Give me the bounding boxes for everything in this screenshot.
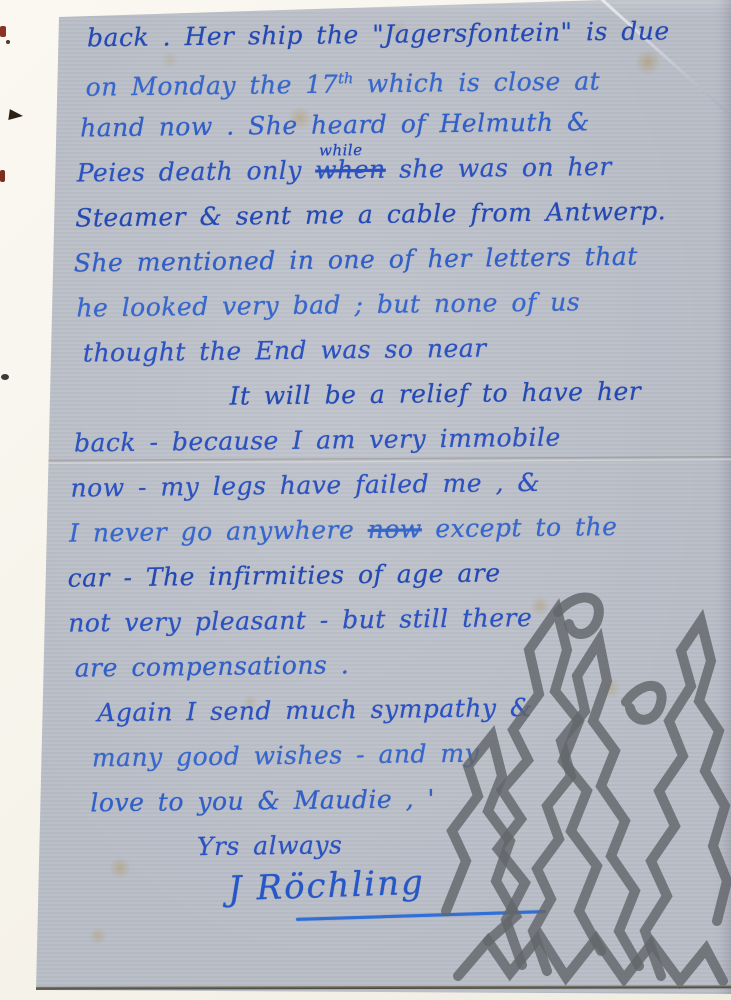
text-segment: he looked very bad ; but none of us — [76, 287, 580, 322]
ink-speck — [1, 374, 9, 380]
text-segment: except to the — [422, 512, 618, 543]
handwritten-line: She mentioned in one of her letters that — [74, 233, 730, 286]
text-segment: hand now . She heard of Helmuth & — [80, 107, 590, 142]
handwritten-line: on Monday the 17th which is close at — [85, 53, 727, 106]
ink-speck — [0, 170, 5, 182]
text-segment: Steamer & sent me a cable from Antwerp. — [75, 196, 666, 232]
text-segment: Yrs always — [197, 830, 343, 861]
handwritten-line: now - my legs have failed me , & — [70, 458, 731, 511]
text-segment: Peies death only — [77, 156, 316, 188]
handwritten-line: he looked very bad ; but none of us — [76, 278, 730, 331]
text-segment: love to you & Maudie , ' — [90, 784, 435, 817]
scan-background: { "document": { "kind": "handwritten-let… — [0, 0, 731, 1000]
handwritten-line: back - because I am very immobile — [74, 413, 731, 466]
text-segment: th — [338, 71, 353, 87]
text-segment: back . Her ship the "Jagersfontein" is d… — [87, 16, 670, 52]
text-segment: She mentioned in one of her letters that — [74, 242, 638, 278]
handwritten-line: hand now . She heard of Helmuth & — [80, 98, 728, 151]
text-segment: many good wishes - and my — [92, 739, 480, 773]
text-segment: It will be a relief to have her — [229, 377, 641, 411]
text-segment: she was on her — [386, 152, 612, 184]
text-segment: which is close at — [353, 66, 600, 98]
text-segment: back - because I am very immobile — [74, 423, 561, 458]
letter-paper: back . Her ship the "Jagersfontein" is d… — [0, 0, 731, 1000]
handwritten-line: I never go anywhere now except to the — [69, 503, 731, 556]
text-segment: now - my legs have failed me , & — [70, 468, 540, 503]
struck-word: now — [368, 514, 422, 544]
text-segment: I never go anywhere — [69, 515, 368, 548]
signature: J Röchling — [227, 863, 425, 910]
handwritten-line: Peies death only whilewhen she was on he… — [76, 143, 728, 196]
inserted-word: while — [319, 143, 363, 159]
handwritten-line: thought the End was so near — [83, 323, 731, 376]
handwritten-line: Steamer & sent me a cable from Antwerp. — [75, 188, 729, 241]
text-segment: on Monday the 17 — [85, 70, 338, 102]
flame-scribble-doodle — [430, 582, 731, 998]
text-segment: are compensations . — [75, 650, 350, 682]
text-segment: thought the End was so near — [83, 334, 487, 368]
ink-speck — [0, 26, 6, 37]
handwritten-line: It will be a relief to have her — [229, 368, 731, 419]
handwritten-line: back . Her ship the "Jagersfontein" is d… — [87, 8, 727, 61]
ink-speck — [8, 109, 23, 122]
ink-speck — [6, 40, 10, 44]
